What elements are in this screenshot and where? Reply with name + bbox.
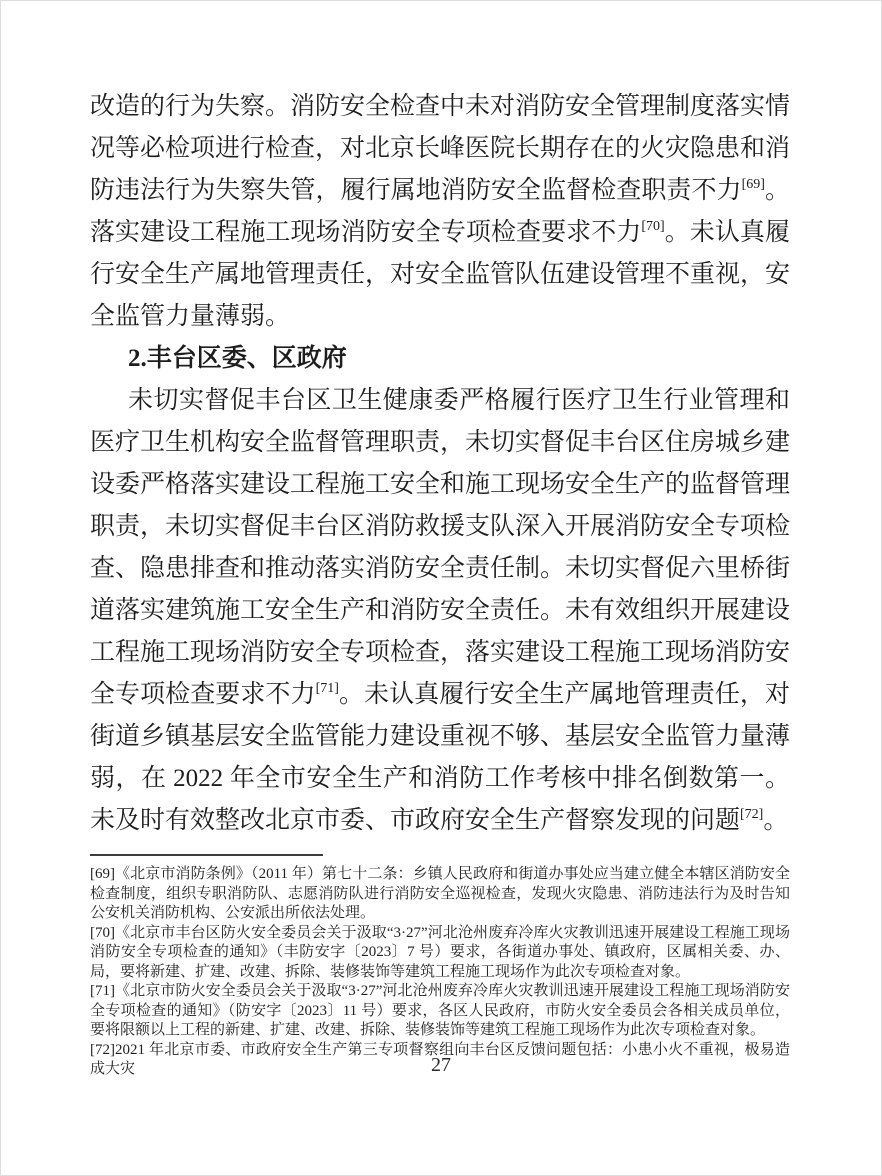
text-run: 改造的行为失察。消防安全检查中未对消防安全管理制度落实情况等必检项进行检查，对北… bbox=[90, 93, 790, 204]
footnote-ref: [71] bbox=[316, 681, 339, 696]
footnote-ref: [72] bbox=[740, 807, 763, 822]
text-run: 。 bbox=[763, 807, 788, 834]
footnotes: [69]《北京市消防条例》（2011 年）第七十二条：乡镇人民政府和街道办事处应… bbox=[90, 865, 790, 1080]
body-paragraph: 改造的行为失察。消防安全检查中未对消防安全管理制度落实情况等必检项进行检查，对北… bbox=[90, 86, 790, 338]
page-number: 27 bbox=[0, 1054, 882, 1077]
text-run: 未切实督促丰台区卫生健康委严格履行医疗卫生行业管理和医疗卫生机构安全监督管理职责… bbox=[90, 387, 790, 708]
body-text: 改造的行为失察。消防安全检查中未对消防安全管理制度落实情况等必检项进行检查，对北… bbox=[90, 86, 790, 842]
footnote-separator bbox=[90, 854, 323, 856]
footnote-item: [70]《北京市丰台区防火安全委员会关于汲取“3·27”河北沧州废弃冷库火灾教训… bbox=[90, 924, 790, 983]
document-page: 改造的行为失察。消防安全检查中未对消防安全管理制度落实情况等必检项进行检查，对北… bbox=[0, 0, 882, 1176]
footnote-item: [69]《北京市消防条例》（2011 年）第七十二条：乡镇人民政府和街道办事处应… bbox=[90, 865, 790, 924]
body-paragraph: 未切实督促丰台区卫生健康委严格履行医疗卫生行业管理和医疗卫生机构安全监督管理职责… bbox=[90, 380, 790, 842]
footnote-item: [71]《北京市防火安全委员会关于汲取“3·27”河北沧州废弃冷库火灾教训迅速开… bbox=[90, 982, 790, 1041]
footnote-ref: [70] bbox=[641, 219, 664, 234]
section-heading: 2.丰台区委、区政府 bbox=[90, 338, 790, 380]
footnote-ref: [69] bbox=[742, 177, 765, 192]
text-run: 2.丰台区委、区政府 bbox=[128, 345, 347, 372]
